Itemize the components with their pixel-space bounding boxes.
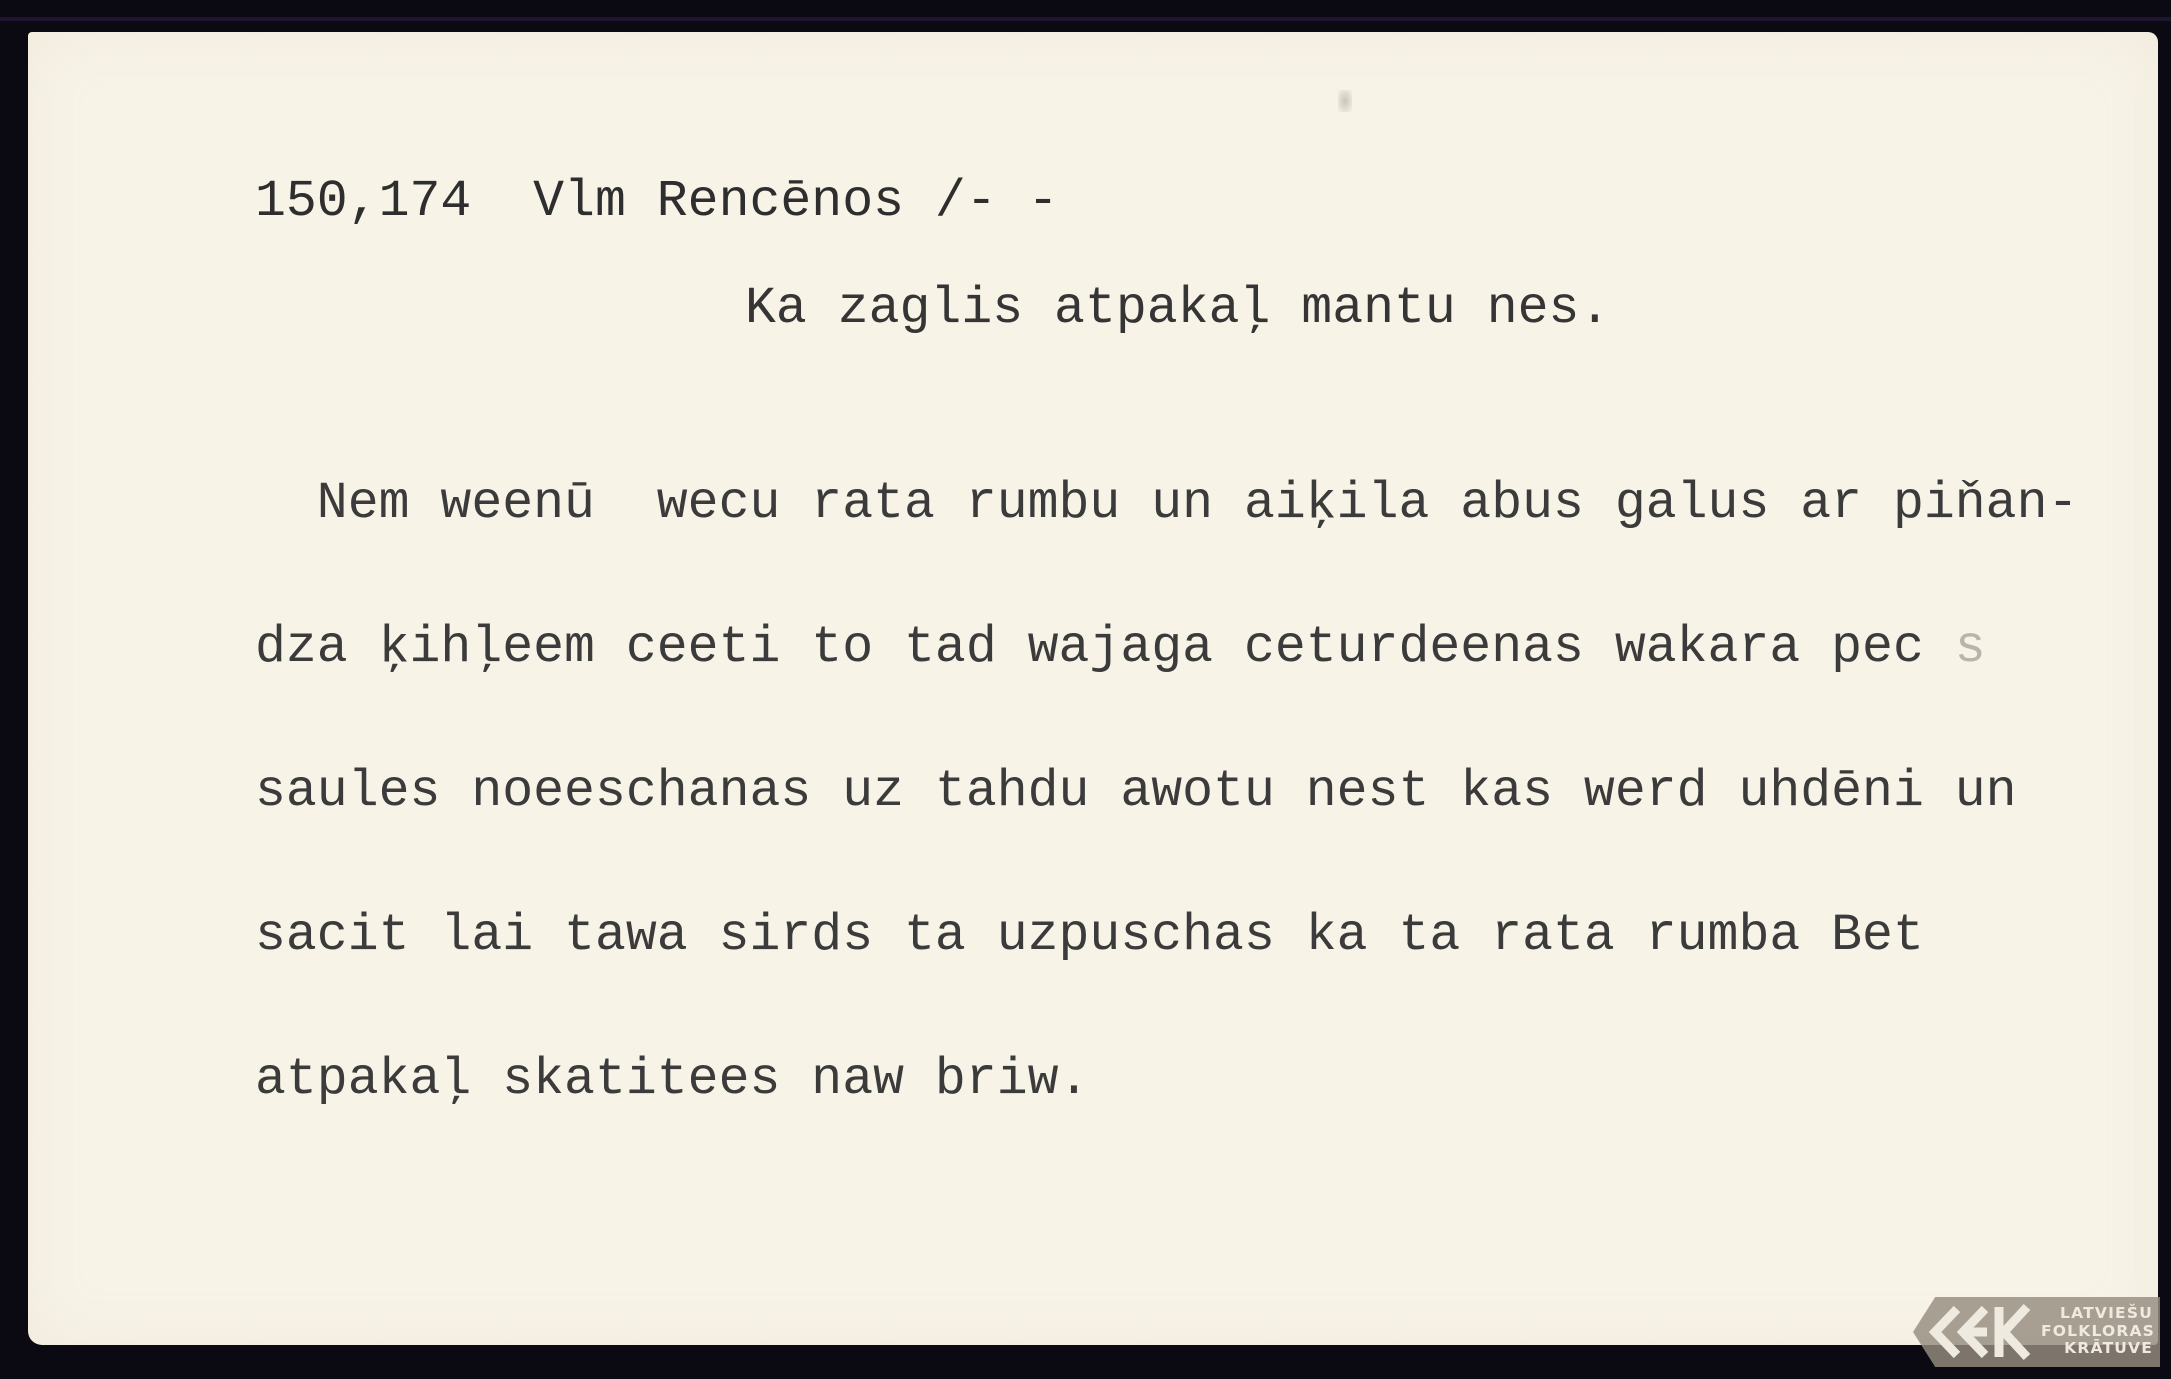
body-line-2-text: dza ķihļeem ceeti to tad wajaga ceturdee…	[255, 619, 1955, 677]
body-line-4: sacit lai tawa sirds ta uzpuschas ka ta …	[255, 912, 2078, 960]
card-title: Ka zaglis atpakaļ mantu nes.	[745, 285, 1610, 333]
body-line-3: saules noeeschanas uz tahdu awotu nest k…	[255, 768, 2078, 816]
card-reference-heading: 150,174 Vlm Rencēnos /- -	[255, 178, 1059, 226]
scan-edge-line	[0, 17, 2171, 21]
logo-line-3: KRĀTUVE	[2041, 1340, 2153, 1358]
body-line-5: atpakaļ skatitees naw briw.	[255, 1056, 2078, 1104]
latviesu-folkloras-kratuve-logo: LATVIEŠU FOLKLORAS KRĀTUVE	[1913, 1297, 2160, 1367]
card-body-text: Nem weenū wecu rata rumbu un aiķila abus…	[255, 384, 2078, 1152]
body-line-2: dza ķihļeem ceeti to tad wajaga ceturdee…	[255, 624, 2078, 672]
lfk-chevron-logo-icon	[1923, 1303, 2033, 1361]
body-line-1: Nem weenū wecu rata rumbu un aiķila abus…	[255, 480, 2078, 528]
logo-wordmark: LATVIEŠU FOLKLORAS KRĀTUVE	[2041, 1305, 2153, 1358]
logo-line-2: FOLKLORAS	[2041, 1323, 2153, 1341]
paper-smudge	[1338, 90, 1352, 112]
logo-line-1: LATVIEŠU	[2041, 1305, 2153, 1323]
faint-typed-char: s	[1955, 619, 1986, 677]
